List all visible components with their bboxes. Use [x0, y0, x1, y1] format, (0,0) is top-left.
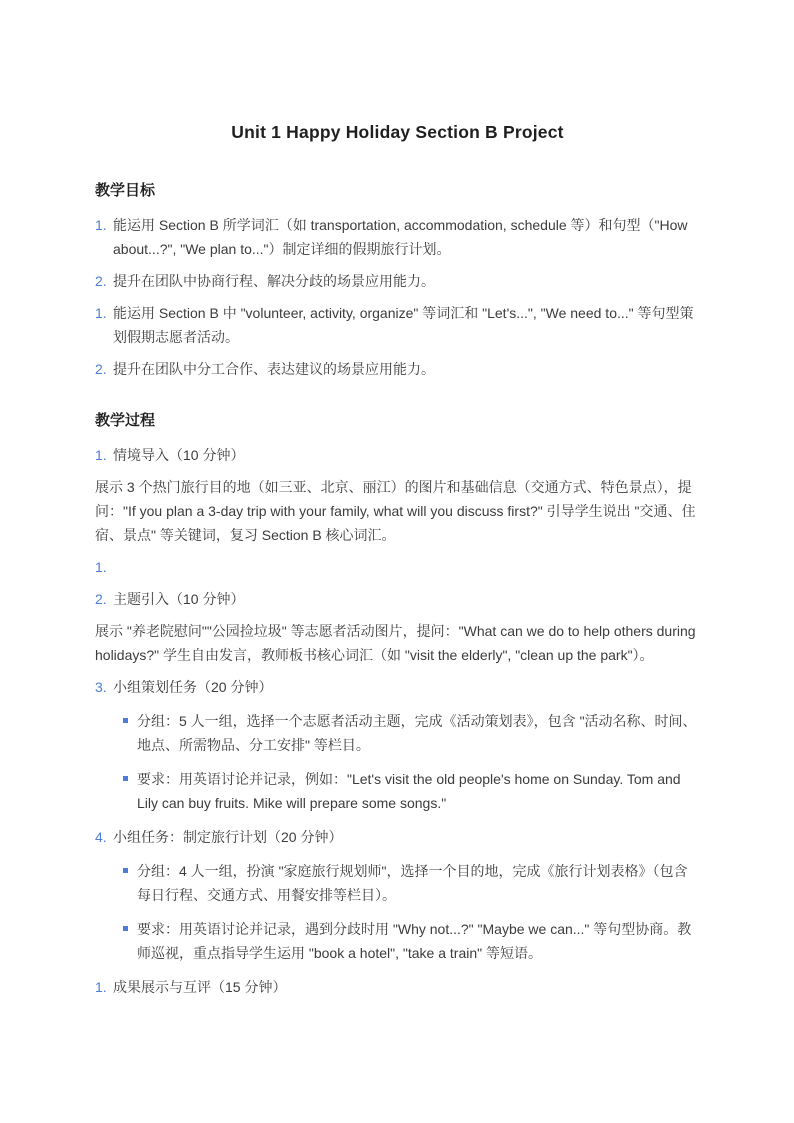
list-item-text: 提升在团队中协商行程、解决分歧的场景应用能力。 — [113, 269, 700, 293]
list-item-text: 能运用 Section B 所学词汇（如 transportation, acc… — [113, 213, 700, 261]
bullet-item-text: 分组：5 人一组，选择一个志愿者活动主题，完成《活动策划表》，包含 "活动名称、… — [137, 709, 700, 757]
list-item-text: 情境导入（10 分钟） — [113, 443, 700, 467]
list-item: 2. 提升在团队中协商行程、解决分歧的场景应用能力。 — [95, 269, 700, 293]
list-item: 2. 提升在团队中分工合作、表达建议的场景应用能力。 — [95, 357, 700, 381]
bullet-icon — [122, 767, 137, 815]
list-item: 1. 能运用 Section B 所学词汇（如 transportation, … — [95, 213, 700, 261]
list-number: 2. — [95, 269, 113, 293]
bullet-item: 分组：5 人一组，选择一个志愿者活动主题，完成《活动策划表》，包含 "活动名称、… — [122, 709, 700, 757]
page-title: Unit 1 Happy Holiday Section B Project — [95, 121, 700, 143]
bullet-item-text: 分组：4 人一组，扮演 "家庭旅行规划师"，选择一个目的地，完成《旅行计划表格》… — [137, 859, 700, 907]
process-paragraph-1: 展示 3 个热门旅行目的地（如三亚、北京、丽江）的图片和基础信息（交通方式、特色… — [95, 475, 700, 547]
list-item: 1. 情境导入（10 分钟） — [95, 443, 700, 467]
list-number: 3. — [95, 675, 113, 699]
list-item-empty: 1. — [95, 555, 700, 579]
list-number: 1. — [95, 443, 113, 467]
list-item: 3. 小组策划任务（20 分钟） — [95, 675, 700, 699]
list-item: 1. 成果展示与互评（15 分钟） — [95, 975, 700, 999]
process-steps-3-4: 3. 小组策划任务（20 分钟） 分组：5 人一组，选择一个志愿者活动主题，完成… — [95, 675, 700, 965]
list-item-text: 成果展示与互评（15 分钟） — [113, 975, 700, 999]
step-4-sublist: 分组：4 人一组，扮演 "家庭旅行规划师"，选择一个目的地，完成《旅行计划表格》… — [122, 859, 700, 965]
list-item: 2. 主题引入（10 分钟） — [95, 587, 700, 611]
bullet-item: 分组：4 人一组，扮演 "家庭旅行规划师"，选择一个目的地，完成《旅行计划表格》… — [122, 859, 700, 907]
list-number: 1. — [95, 301, 113, 349]
process-step-1: 1. 情境导入（10 分钟） — [95, 443, 700, 467]
list-number: 2. — [95, 587, 113, 611]
process-step-5: 1. 成果展示与互评（15 分钟） — [95, 975, 700, 999]
step-3-sublist: 分组：5 人一组，选择一个志愿者活动主题，完成《活动策划表》，包含 "活动名称、… — [122, 709, 700, 815]
bullet-icon — [122, 859, 137, 907]
bullet-icon — [122, 917, 137, 965]
list-item-text: 能运用 Section B 中 "volunteer, activity, or… — [113, 301, 700, 349]
bullet-icon — [122, 709, 137, 757]
bullet-item-text: 要求：用英语讨论并记录，遇到分歧时用 "Why not...?" "Maybe … — [137, 917, 700, 965]
list-number: 1. — [95, 213, 113, 261]
list-item-text: 小组任务：制定旅行计划（20 分钟） — [113, 825, 700, 849]
list-item: 1. 能运用 Section B 中 "volunteer, activity,… — [95, 301, 700, 349]
bullet-item-text: 要求：用英语讨论并记录，例如："Let's visit the old peop… — [137, 767, 700, 815]
bullet-item: 要求：用英语讨论并记录，例如："Let's visit the old peop… — [122, 767, 700, 815]
objectives-list-b: 1. 能运用 Section B 中 "volunteer, activity,… — [95, 301, 700, 381]
section-heading-objectives: 教学目标 — [95, 179, 700, 203]
list-number: 1. — [95, 975, 113, 999]
list-item-text — [113, 555, 700, 579]
list-item: 4. 小组任务：制定旅行计划（20 分钟） — [95, 825, 700, 849]
list-item-text: 主题引入（10 分钟） — [113, 587, 700, 611]
process-step-2-list: 1. 2. 主题引入（10 分钟） — [95, 555, 700, 611]
list-number: 2. — [95, 357, 113, 381]
document-page: Unit 1 Happy Holiday Section B Project 教… — [0, 0, 794, 1123]
section-heading-process: 教学过程 — [95, 409, 700, 433]
list-number: 1. — [95, 555, 113, 579]
list-item-text: 小组策划任务（20 分钟） — [113, 675, 700, 699]
process-paragraph-2: 展示 "养老院慰问""公园捡垃圾" 等志愿者活动图片，提问："What can … — [95, 619, 700, 667]
list-item-text: 提升在团队中分工合作、表达建议的场景应用能力。 — [113, 357, 700, 381]
bullet-item: 要求：用英语讨论并记录，遇到分歧时用 "Why not...?" "Maybe … — [122, 917, 700, 965]
objectives-list-a: 1. 能运用 Section B 所学词汇（如 transportation, … — [95, 213, 700, 293]
list-number: 4. — [95, 825, 113, 849]
